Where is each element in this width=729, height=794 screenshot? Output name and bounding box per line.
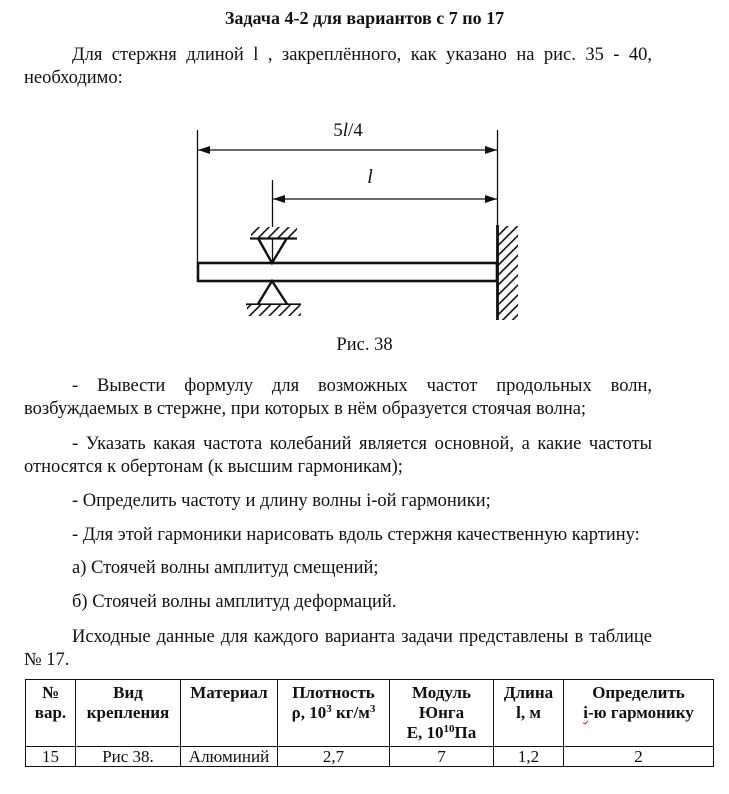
dimension-label-total: 5l/4 — [333, 120, 363, 141]
header-material: Материал — [181, 680, 278, 747]
source-note-line-1: Исходные данные для каждого варианта зад… — [24, 626, 652, 648]
cell-material: Алюминий — [181, 747, 278, 767]
table-row: 15 Рис 38. Алюминий 2,7 7 1,2 2 — [26, 747, 714, 767]
cell-young-modulus: 7 — [390, 747, 494, 767]
cell-mount-type: Рис 38. — [76, 747, 181, 767]
cell-harmonic: 2 — [564, 747, 714, 767]
table-header-row: №вар. Видкрепления Материал Плотностьρ, … — [26, 680, 714, 747]
task-1-line-2: возбуждаемых в стержне, при которых в нё… — [24, 398, 652, 420]
cell-variant: 15 — [26, 747, 76, 767]
top-support-hatching — [251, 227, 297, 238]
wall-hatching — [498, 226, 518, 320]
dimension-label-length: l — [367, 166, 373, 188]
task-1-line-1: - Вывести формулу для возможных частот п… — [24, 375, 652, 397]
bottom-support-triangle — [258, 281, 287, 304]
rod-diagram: 5l/4 l — [0, 0, 729, 340]
header-harmonic: Определитьi-ю гармонику — [564, 680, 714, 747]
task-4b: б) Стоячей волны амплитуд деформаций. — [72, 591, 396, 613]
task-3: - Определить частоту и длину волны i-ой … — [72, 490, 491, 512]
bottom-support-hatching — [247, 305, 301, 316]
source-note-line-2: № 17. — [24, 649, 652, 671]
task-2-line-1: - Указать какая частота колебаний являет… — [24, 433, 652, 455]
task-4: - Для этой гармоники нарисовать вдоль ст… — [72, 524, 640, 546]
header-density: Плотностьρ, 103 кг/м3 — [278, 680, 390, 747]
header-mount-type: Видкрепления — [76, 680, 181, 747]
rod — [198, 263, 497, 281]
cell-density: 2,7 — [278, 747, 390, 767]
cell-length: 1,2 — [494, 747, 564, 767]
task-2-line-2: относятся к обертонам (к высшим гармоник… — [24, 456, 652, 478]
task-4a: а) Стоячей волны амплитуд смещений; — [72, 557, 379, 579]
header-length: Длинаl, м — [494, 680, 564, 747]
header-young-modulus: МодульЮнгаE, 1010Па — [390, 680, 494, 747]
variant-data-table: №вар. Видкрепления Материал Плотностьρ, … — [25, 679, 714, 767]
figure-caption: Рис. 38 — [0, 335, 729, 356]
header-variant: №вар. — [26, 680, 76, 747]
